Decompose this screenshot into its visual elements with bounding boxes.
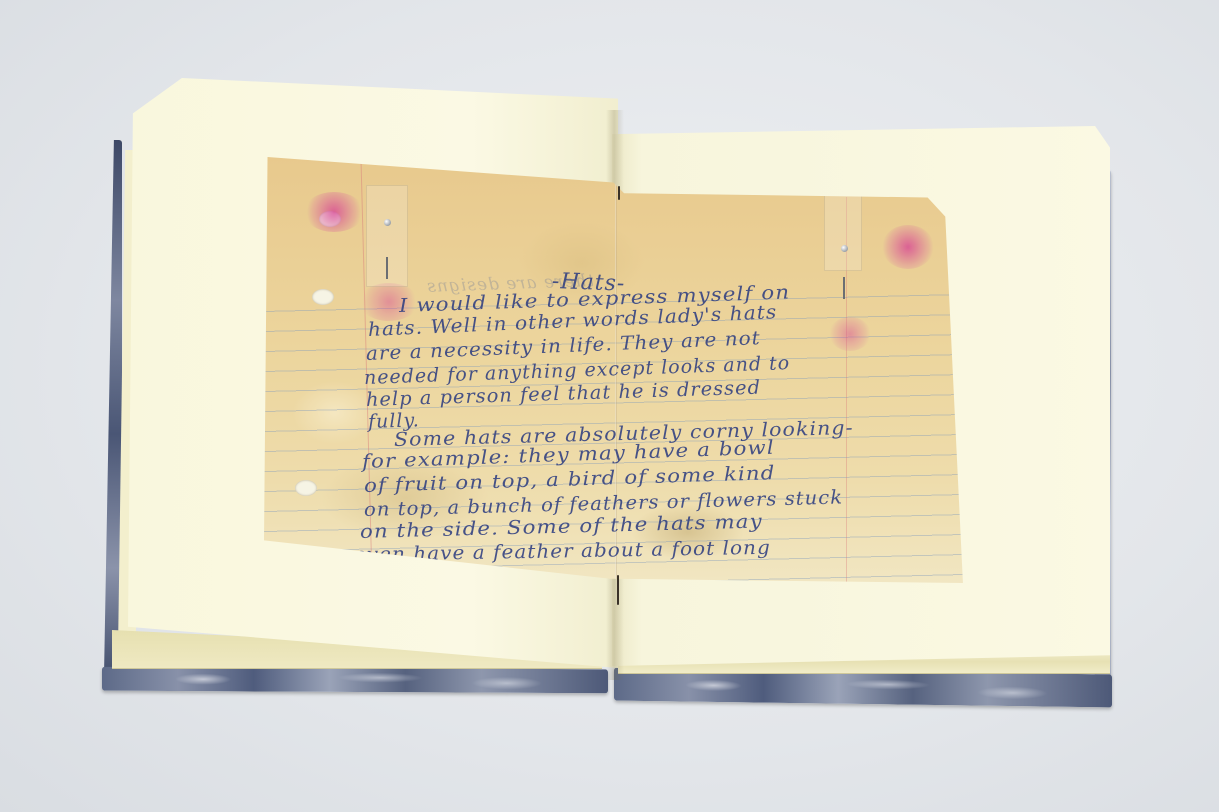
pin-icon	[384, 219, 391, 226]
pink-stain	[304, 192, 364, 232]
pin-mark	[843, 277, 845, 299]
binding-thread	[618, 186, 620, 200]
handwritten-letter: there are designs -Hats- I would like to…	[264, 157, 970, 583]
photo-scene: there are designs -Hats- I would like to…	[0, 0, 1219, 812]
binding-thread	[617, 575, 619, 605]
pin-mark	[386, 257, 388, 279]
book-cover-left-board	[102, 667, 608, 694]
pink-stain	[882, 225, 934, 269]
binder-hole	[312, 289, 334, 305]
pink-stain	[829, 317, 871, 351]
tape-strip	[824, 189, 862, 271]
binder-hole	[295, 480, 317, 496]
pin-icon	[841, 245, 848, 252]
